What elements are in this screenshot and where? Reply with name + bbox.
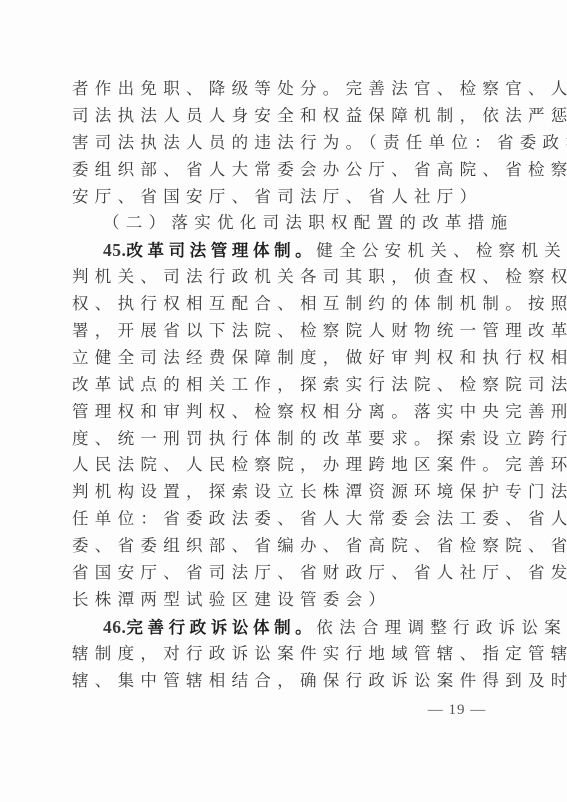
paragraph-line: 判机构设置，探索设立长株潭资源环境保护专门法庭。（责	[72, 479, 496, 506]
paragraph-line: 司法执法人员人身安全和权益保障机制，依法严惩袭警等危	[72, 103, 496, 130]
item-number: 46.	[103, 617, 126, 637]
item-46-first-line: 46.完善行政诉讼体制。依法合理调整行政诉讼案件管	[72, 614, 496, 641]
paragraph-line: 安厅、省国安厅、省司法厅、省人社厅）	[72, 184, 496, 211]
paragraph-line: 度、统一刑罚执行体制的改革要求。探索设立跨行政区划的	[72, 426, 496, 453]
item-number: 45.	[103, 240, 126, 260]
paragraph-line: 辖、集中管辖相结合，确保行政诉讼案件得到及时受理、公	[72, 668, 496, 695]
paragraph-line: 立健全司法经费保障制度，做好审判权和执行权相分离体制	[72, 345, 496, 372]
paragraph-line: 辖制度，对行政诉讼案件实行地域管辖、指定管辖、提级管	[72, 641, 496, 668]
paragraph-line: 害司法执法人员的违法行为。（责任单位：省委政法委、省	[72, 130, 496, 157]
paragraph-line: 管理权和审判权、检察权相分离。落实中央完善刑罚执行制	[72, 399, 496, 426]
paragraph-line: 任单位：省委政法委、省人大常委会法工委、省人大内司	[72, 506, 496, 533]
paragraph-line: 委组织部、省人大常委会办公厅、省高院、省检察院、省公	[72, 157, 496, 184]
paragraph-line: 判机关、司法行政机关各司其职，侦查权、检察权、审判	[72, 264, 496, 291]
item-text: 依法合理调整行政诉讼案件管	[316, 618, 567, 637]
paragraph-line: 署，开展省以下法院、检察院人财物统一管理改革工作，建	[72, 318, 496, 345]
document-body: 者作出免职、降级等处分。完善法官、检察官、人民警察等 司法执法人员人身安全和权益…	[72, 76, 496, 694]
item-heading: 改革司法管理体制。	[126, 241, 316, 260]
section-heading: （二）落实优化司法职权配置的改革措施	[72, 210, 496, 237]
document-page: 者作出免职、降级等处分。完善法官、检察官、人民警察等 司法执法人员人身安全和权益…	[0, 0, 567, 802]
paragraph-line: 人民法院、人民检察院，办理跨地区案件。完善环境资源审	[72, 452, 496, 479]
paragraph-line: 权、执行权相互配合、相互制约的体制机制。按照中央部	[72, 291, 496, 318]
page-number: — 19 —	[424, 700, 490, 720]
item-45-first-line: 45.改革司法管理体制。健全公安机关、检察机关、审	[72, 237, 496, 264]
item-text: 健全公安机关、检察机关、审	[316, 241, 567, 260]
paragraph-line: 长株潭两型试验区建设管委会）	[72, 587, 496, 614]
paragraph-line: 委、省委组织部、省编办、省高院、省检察院、省公安厅、	[72, 533, 496, 560]
item-heading: 完善行政诉讼体制。	[126, 618, 316, 637]
paragraph-line: 省国安厅、省司法厅、省财政厅、省人社厅、省发改委、省	[72, 560, 496, 587]
paragraph-line: 改革试点的相关工作，探索实行法院、检察院司法行政事务	[72, 372, 496, 399]
paragraph-line: 者作出免职、降级等处分。完善法官、检察官、人民警察等	[72, 76, 496, 103]
